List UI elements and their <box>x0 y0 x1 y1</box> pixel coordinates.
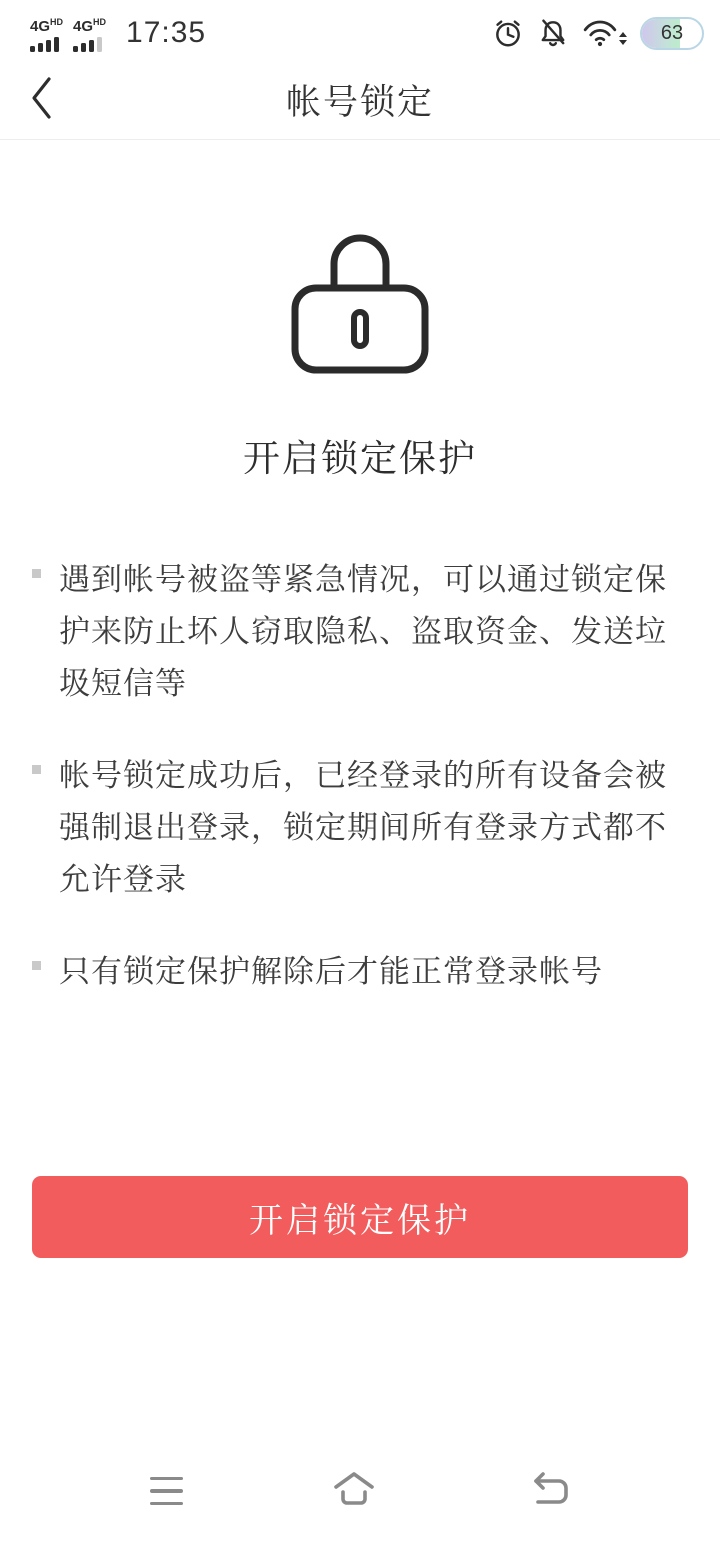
alarm-clock-icon <box>492 17 524 49</box>
network-type-label: 4GHD <box>73 15 106 34</box>
main-content: 开启锁定保护 遇到帐号被盗等紧急情况，可以通过锁定保护来防止坏人窃取隐私、盗取资… <box>0 140 720 1258</box>
bullet-square-icon <box>32 765 41 774</box>
battery-percent: 63 <box>661 22 683 45</box>
nav-bar: 帐号锁定 <box>0 60 720 140</box>
list-item: 帐号锁定成功后，已经登录的所有设备会被强制退出登录，锁定期间所有登录方式都不允许… <box>32 750 688 906</box>
section-heading: 开启锁定保护 <box>0 428 720 482</box>
back-button[interactable] <box>26 75 56 125</box>
menu-icon <box>150 1477 183 1506</box>
notifications-muted-icon <box>537 17 569 49</box>
home-button[interactable] <box>329 1469 379 1514</box>
battery-indicator: 63 <box>640 17 704 50</box>
back-icon <box>524 1471 570 1512</box>
network-type-label: 4GHD <box>30 15 63 34</box>
system-navigation-bar <box>0 1452 720 1544</box>
list-item-text: 遇到帐号被盗等紧急情况，可以通过锁定保护来防止坏人窃取隐私、盗取资金、发送垃圾短… <box>59 554 688 710</box>
list-item-text: 帐号锁定成功后，已经登录的所有设备会被强制退出登录，锁定期间所有登录方式都不允许… <box>59 750 688 906</box>
cell-signal-2-icon: 4GHD <box>73 15 106 52</box>
bullet-square-icon <box>32 569 41 578</box>
back-nav-button[interactable] <box>524 1471 570 1512</box>
list-item-text: 只有锁定保护解除后才能正常登录帐号 <box>59 946 603 998</box>
recents-menu-button[interactable] <box>150 1477 183 1506</box>
page-title: 帐号锁定 <box>286 75 434 125</box>
signal-bars-icon <box>73 37 102 52</box>
home-icon <box>329 1469 379 1514</box>
list-item: 只有锁定保护解除后才能正常登录帐号 <box>32 946 688 998</box>
info-list: 遇到帐号被盗等紧急情况，可以通过锁定保护来防止坏人窃取隐私、盗取资金、发送垃圾短… <box>0 554 720 998</box>
list-item: 遇到帐号被盗等紧急情况，可以通过锁定保护来防止坏人窃取隐私、盗取资金、发送垃圾短… <box>32 554 688 710</box>
wifi-icon <box>582 17 627 49</box>
bullet-square-icon <box>32 961 41 970</box>
status-bar-right: 63 <box>492 17 704 50</box>
clock-time: 17:35 <box>126 16 206 50</box>
status-bar: 4GHD 4GHD 17:35 <box>0 0 720 60</box>
enable-lock-protection-button[interactable]: 开启锁定保护 <box>32 1176 688 1258</box>
signal-bars-icon <box>30 37 59 52</box>
cell-signal-1-icon: 4GHD <box>30 15 63 52</box>
chevron-left-icon <box>28 74 54 125</box>
lock-icon <box>0 224 720 376</box>
wifi-traffic-arrows-icon <box>619 32 627 45</box>
